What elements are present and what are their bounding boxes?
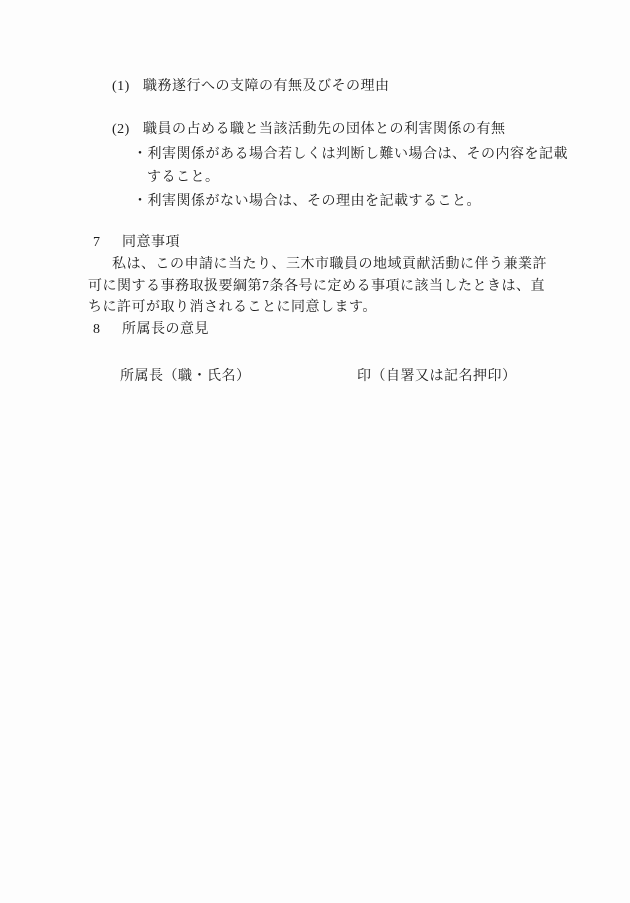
section-8-number: 8 <box>93 319 122 341</box>
item-2-title: 職員の占める職と当該活動先の団体との利害関係の有無 <box>143 122 506 137</box>
section-7-heading: 7同意事項 <box>93 232 180 254</box>
item-2-number: (2) <box>112 119 143 141</box>
consent-paragraph-line-3: ちに許可が取り消されることに同意します。 <box>88 297 377 319</box>
item-2-note-1-line-2: すること。 <box>147 167 220 189</box>
seal-label: 印（自署又は記名押印） <box>357 366 517 388</box>
consent-paragraph-line-2: 可に関する事務取扱要綱第7条各号に定める事項に該当したときは、直 <box>88 276 545 298</box>
item-2-note-2: ・利害関係がない場合は、その理由を記載すること。 <box>133 191 481 213</box>
section-7-title: 同意事項 <box>122 235 180 250</box>
section-7-number: 7 <box>93 232 122 254</box>
item-1-heading: (1)職務遂行への支障の有無及びその理由 <box>112 76 390 98</box>
item-1-number: (1) <box>112 76 143 98</box>
document-page: (1)職務遂行への支障の有無及びその理由 (2)職員の占める職と当該活動先の団体… <box>0 0 630 903</box>
item-2-heading: (2)職員の占める職と当該活動先の団体との利害関係の有無 <box>112 119 506 141</box>
item-1-title: 職務遂行への支障の有無及びその理由 <box>143 79 390 94</box>
item-2-note-1-line-1: ・利害関係がある場合若しくは判断し難い場合は、その内容を記載 <box>133 144 568 166</box>
supervisor-signature-label: 所属長（職・氏名） <box>120 366 251 388</box>
section-8-heading: 8所属長の意見 <box>93 319 209 341</box>
consent-paragraph-line-1: 私は、この申請に当たり、三木市職員の地域貢献活動に伴う兼業許 <box>112 254 547 276</box>
section-8-title: 所属長の意見 <box>122 322 209 337</box>
